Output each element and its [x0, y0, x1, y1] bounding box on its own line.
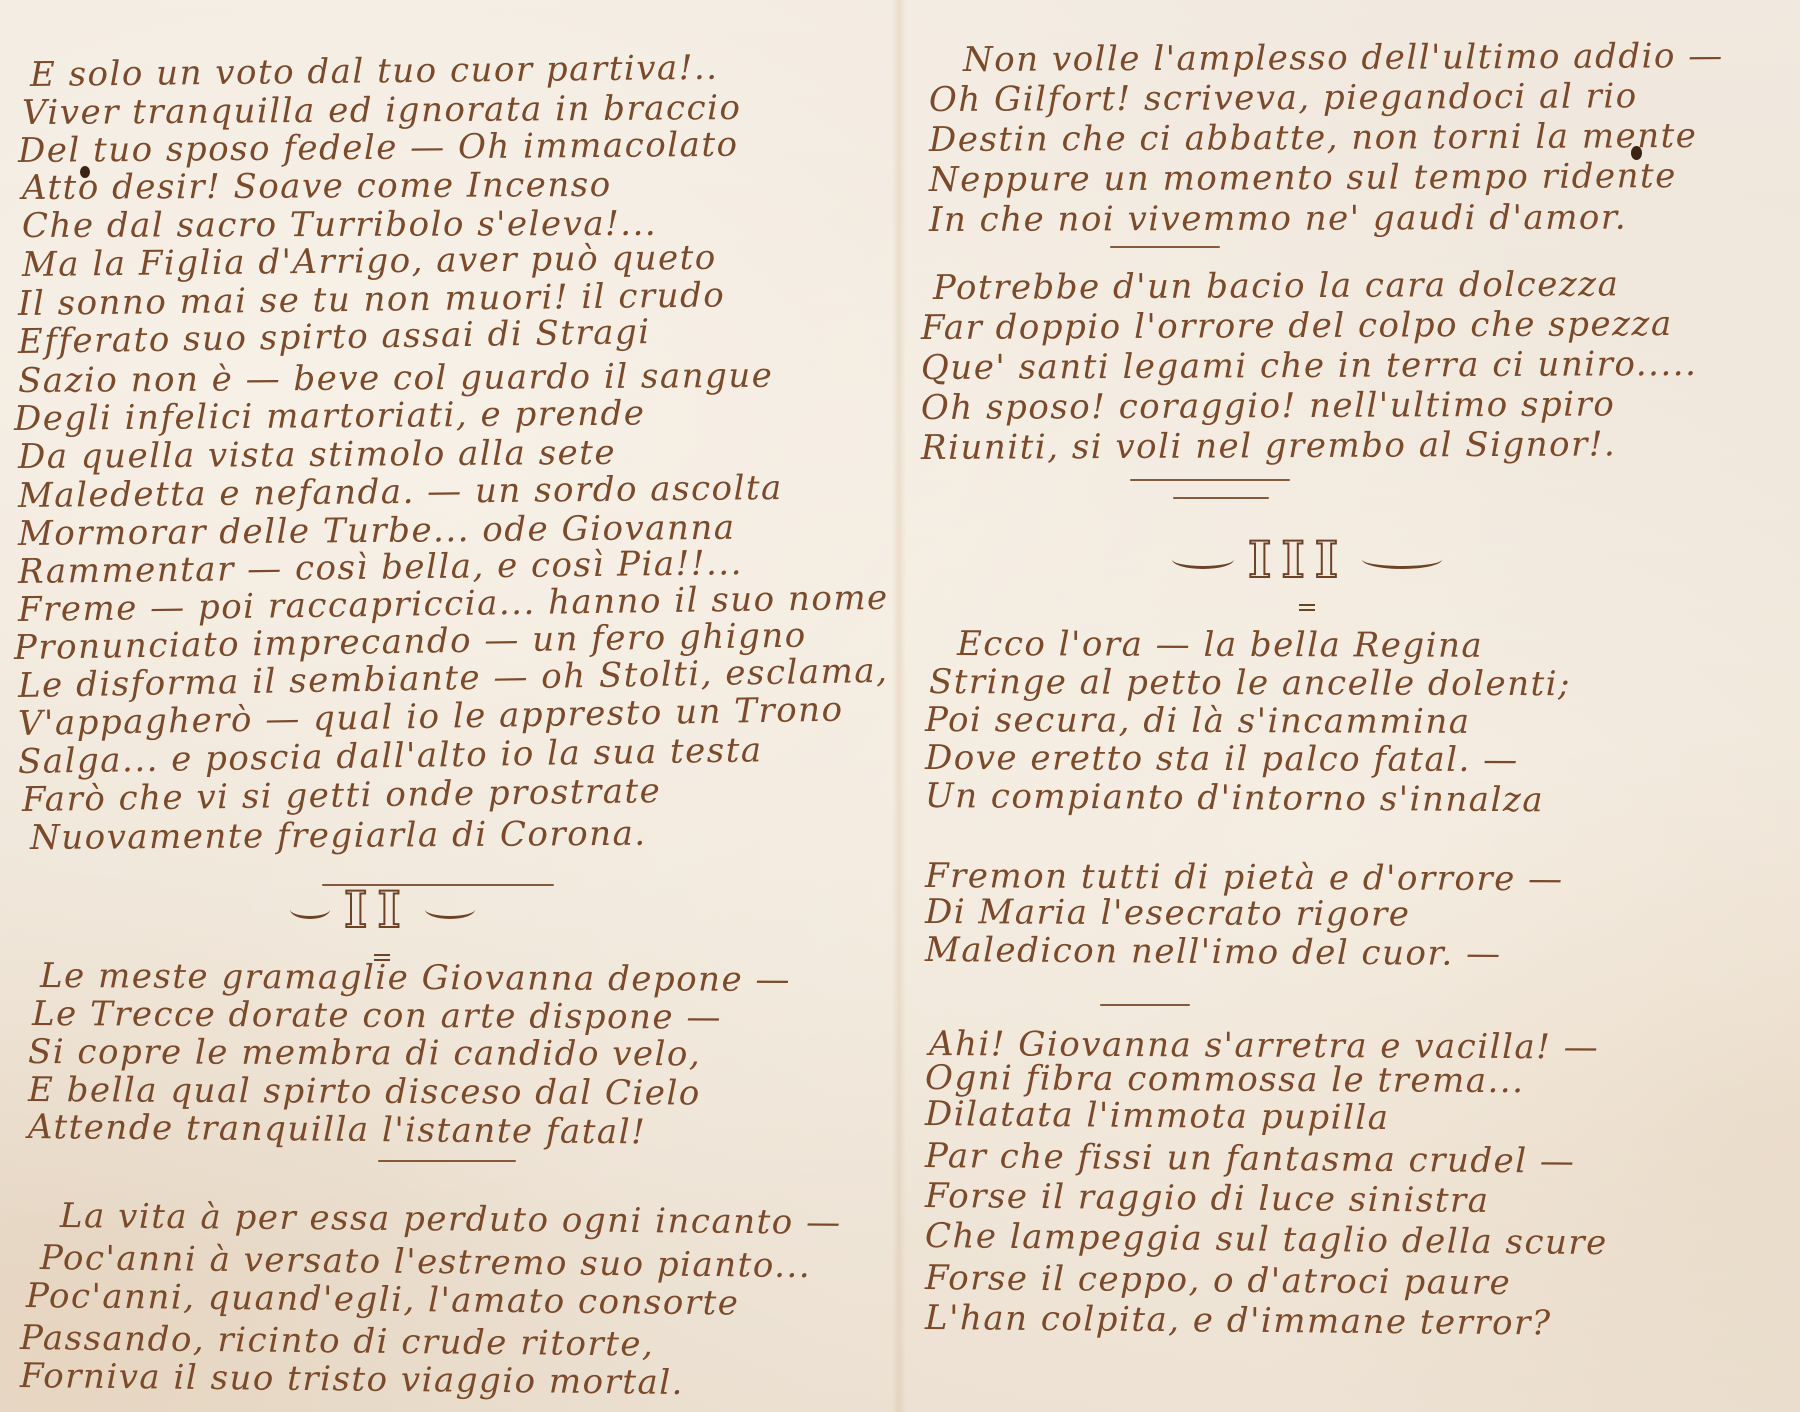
verse-line: Del tuo sposo fedele — Oh immacolato [18, 125, 739, 171]
verse-line: Oh sposo! coraggio! nell'ultimo spiro [921, 384, 1615, 428]
stanza-divider-rule [378, 1160, 516, 1162]
verse-line: Poc'anni, quand'egli, l'amato consorte [26, 1276, 740, 1323]
numeral-underline [1299, 604, 1315, 611]
verse-line: Forse il raggio di luce sinistra [925, 1176, 1490, 1221]
verse-line: Maledicon nell'imo del cuor. — [925, 930, 1502, 974]
verse-line: Que' santi legami che in terra ci uniro.… [921, 344, 1698, 388]
verse-line: Par che fissi un fantasma crudel — [925, 1136, 1576, 1182]
verse-line: Oh Gilfort! scriveva, piegandoci al rio [929, 76, 1638, 120]
left-page: E solo un voto dal tuo cuor partiva!..Vi… [0, 0, 895, 1412]
section-numeral-iii: III [1172, 530, 1442, 589]
verse-line: Che lampeggia sul taglio della scure [925, 1216, 1608, 1263]
verse-line: Dilatata l'immota pupilla [925, 1094, 1390, 1138]
verse-line: Poi secura, di là s'incammina [925, 700, 1471, 742]
manuscript-sheet: E solo un voto dal tuo cuor partiva!..Vi… [0, 0, 1800, 1412]
numeral-text: III [1248, 530, 1348, 589]
verse-line: Un compianto d'intorno s'innalza [925, 776, 1544, 820]
verse-line: Stringe al petto le ancelle dolenti; [929, 662, 1571, 704]
verse-line: Attende tranquilla l'istante fatal! [28, 1107, 647, 1152]
section-divider-rule [1173, 497, 1269, 499]
swash-left-icon [1172, 550, 1234, 569]
stanza-divider-rule [1100, 1004, 1190, 1006]
verse-line: Forniva il suo tristo viaggio mortal. [20, 1356, 684, 1403]
verse-line: Riuniti, si voli nel grembo al Signor!. [921, 424, 1616, 468]
verse-line: Nuovamente fregiarla di Corona. [30, 814, 647, 858]
verse-line: Forse il ceppo, o d'atroci paure [925, 1258, 1512, 1303]
verse-line: Dove eretto sta il palco fatal. — [925, 738, 1519, 780]
numeral-underline [374, 954, 390, 961]
verse-line: Farò che vi si getti onde prostrate [22, 771, 662, 820]
verse-line: Le Trecce dorate con arte dispone — [32, 994, 722, 1038]
verse-line: Neppure un momento sul tempo ridente [929, 156, 1677, 200]
verse-line: Non volle l'amplesso dell'ultimo addio — [963, 36, 1724, 80]
verse-line: Far doppio l'orrore del colpo che spezza [921, 304, 1673, 348]
section-numeral-ii: II [290, 880, 475, 939]
ink-blot [1631, 146, 1642, 160]
verse-line: Di Maria l'esecrato rigore [925, 892, 1411, 935]
verse-line: Potrebbe d'un bacio la cara dolcezza [933, 264, 1620, 308]
verse-line: Le meste gramaglie Giovanna depone — [40, 956, 791, 1000]
ink-blot [80, 166, 90, 178]
verse-line: Degli infelici martoriati, e prende [14, 393, 646, 439]
verse-line: Sazio non è — beve col guardo il sangue [18, 356, 774, 401]
numeral-text: II [344, 880, 411, 939]
swash-right-icon [1362, 550, 1442, 569]
verse-line: In che noi vivemmo ne' gaudi d'amor. [929, 198, 1627, 240]
section-divider-rule [1130, 479, 1290, 481]
verse-line: L'han colpita, e d'immane terror? [925, 1298, 1552, 1343]
verse-line: Destin che ci abbatte, non torni la ment… [929, 116, 1698, 160]
verse-line: Efferato suo spirto assai di Stragi [18, 312, 651, 362]
swash-left-icon [290, 900, 330, 919]
verse-line: Atto desir! Soave come Incenso [22, 165, 612, 208]
swash-right-icon [425, 900, 475, 919]
stanza-divider-rule [1110, 246, 1220, 248]
right-page: Non volle l'amplesso dell'ultimo addio —… [905, 0, 1800, 1412]
verse-line: Si copre le membra di candido velo, [28, 1032, 701, 1074]
verse-line: La vita à per essa perduto ogni incanto … [60, 1196, 842, 1243]
verse-line: Ecco l'ora — la bella Regina [957, 624, 1483, 666]
